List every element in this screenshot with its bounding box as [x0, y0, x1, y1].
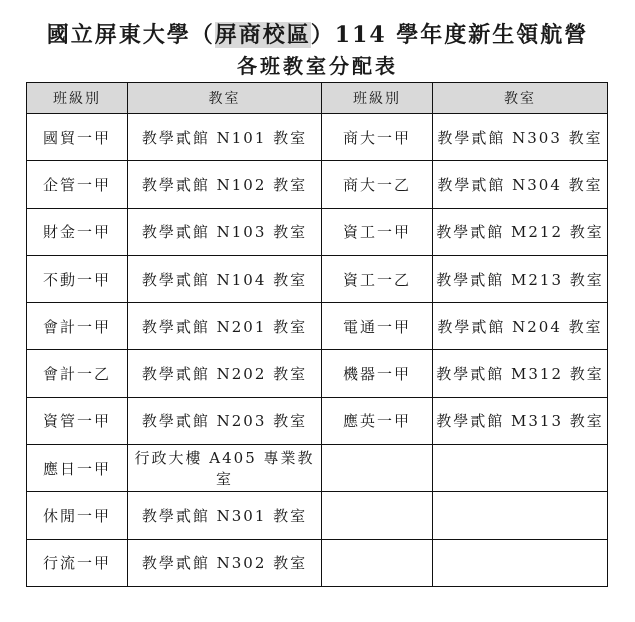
class-left-cell: 資管一甲	[27, 397, 128, 444]
table-row: 休閒一甲教學貳館 N301 教室	[27, 492, 608, 539]
header-room-right: 教室	[433, 83, 608, 114]
room-left-cell: 教學貳館 N201 教室	[128, 303, 322, 350]
room-right-cell	[433, 492, 608, 539]
classroom-allocation-table: 班級別 教室 班級別 教室 國貿一甲教學貳館 N101 教室商大一甲教學貳館 N…	[26, 82, 608, 587]
room-right-cell	[433, 445, 608, 492]
class-left-cell: 財金一甲	[27, 208, 128, 255]
table-row: 企管一甲教學貳館 N102 教室商大一乙教學貳館 N304 教室	[27, 161, 608, 208]
class-left-cell: 應日一甲	[27, 445, 128, 492]
class-left-cell: 行流一甲	[27, 539, 128, 586]
class-right-cell	[322, 539, 433, 586]
room-left-cell: 教學貳館 N103 教室	[128, 208, 322, 255]
class-right-cell: 資工一甲	[322, 208, 433, 255]
room-right-cell: 教學貳館 M313 教室	[433, 397, 608, 444]
room-left-cell: 教學貳館 N203 教室	[128, 397, 322, 444]
title-part1: 國立屏東大學（	[47, 22, 215, 48]
room-right-cell: 教學貳館 N304 教室	[433, 161, 608, 208]
class-right-cell: 資工一乙	[322, 255, 433, 302]
room-left-cell: 教學貳館 N202 教室	[128, 350, 322, 397]
document-title: 國立屏東大學（屏商校區）114 學年度新生領航營	[0, 20, 635, 50]
header-room-left: 教室	[128, 83, 322, 114]
room-right-cell: 教學貳館 M213 教室	[433, 255, 608, 302]
class-left-cell: 企管一甲	[27, 161, 128, 208]
header-class-left: 班級別	[27, 83, 128, 114]
table-row: 國貿一甲教學貳館 N101 教室商大一甲教學貳館 N303 教室	[27, 114, 608, 161]
title-highlight: 屏商校區	[215, 22, 311, 48]
class-left-cell: 會計一甲	[27, 303, 128, 350]
room-left-cell: 教學貳館 N101 教室	[128, 114, 322, 161]
table-row: 不動一甲教學貳館 N104 教室資工一乙教學貳館 M213 教室	[27, 255, 608, 302]
class-right-cell	[322, 492, 433, 539]
table-header-row: 班級別 教室 班級別 教室	[27, 83, 608, 114]
class-left-cell: 國貿一甲	[27, 114, 128, 161]
class-right-cell: 應英一甲	[322, 397, 433, 444]
class-right-cell: 電通一甲	[322, 303, 433, 350]
document-subtitle: 各班教室分配表	[0, 52, 635, 80]
room-left-cell: 教學貳館 N302 教室	[128, 539, 322, 586]
header-class-right: 班級別	[322, 83, 433, 114]
title-part2: ）114 學年度新生領航營	[311, 22, 589, 48]
class-left-cell: 會計一乙	[27, 350, 128, 397]
table-row: 應日一甲行政大樓 A405 專業教室	[27, 445, 608, 492]
class-left-cell: 休閒一甲	[27, 492, 128, 539]
room-right-cell: 教學貳館 N303 教室	[433, 114, 608, 161]
room-left-cell: 行政大樓 A405 專業教室	[128, 445, 322, 492]
room-left-cell: 教學貳館 N102 教室	[128, 161, 322, 208]
table-row: 會計一乙教學貳館 N202 教室機器一甲教學貳館 M312 教室	[27, 350, 608, 397]
room-right-cell: 教學貳館 M312 教室	[433, 350, 608, 397]
class-left-cell: 不動一甲	[27, 255, 128, 302]
class-right-cell: 商大一乙	[322, 161, 433, 208]
table-row: 行流一甲教學貳館 N302 教室	[27, 539, 608, 586]
room-right-cell: 教學貳館 M212 教室	[433, 208, 608, 255]
class-right-cell: 商大一甲	[322, 114, 433, 161]
room-right-cell	[433, 539, 608, 586]
table-row: 會計一甲教學貳館 N201 教室電通一甲教學貳館 N204 教室	[27, 303, 608, 350]
room-left-cell: 教學貳館 N301 教室	[128, 492, 322, 539]
table-row: 財金一甲教學貳館 N103 教室資工一甲教學貳館 M212 教室	[27, 208, 608, 255]
room-right-cell: 教學貳館 N204 教室	[433, 303, 608, 350]
class-right-cell: 機器一甲	[322, 350, 433, 397]
class-right-cell	[322, 445, 433, 492]
room-left-cell: 教學貳館 N104 教室	[128, 255, 322, 302]
table-row: 資管一甲教學貳館 N203 教室應英一甲教學貳館 M313 教室	[27, 397, 608, 444]
